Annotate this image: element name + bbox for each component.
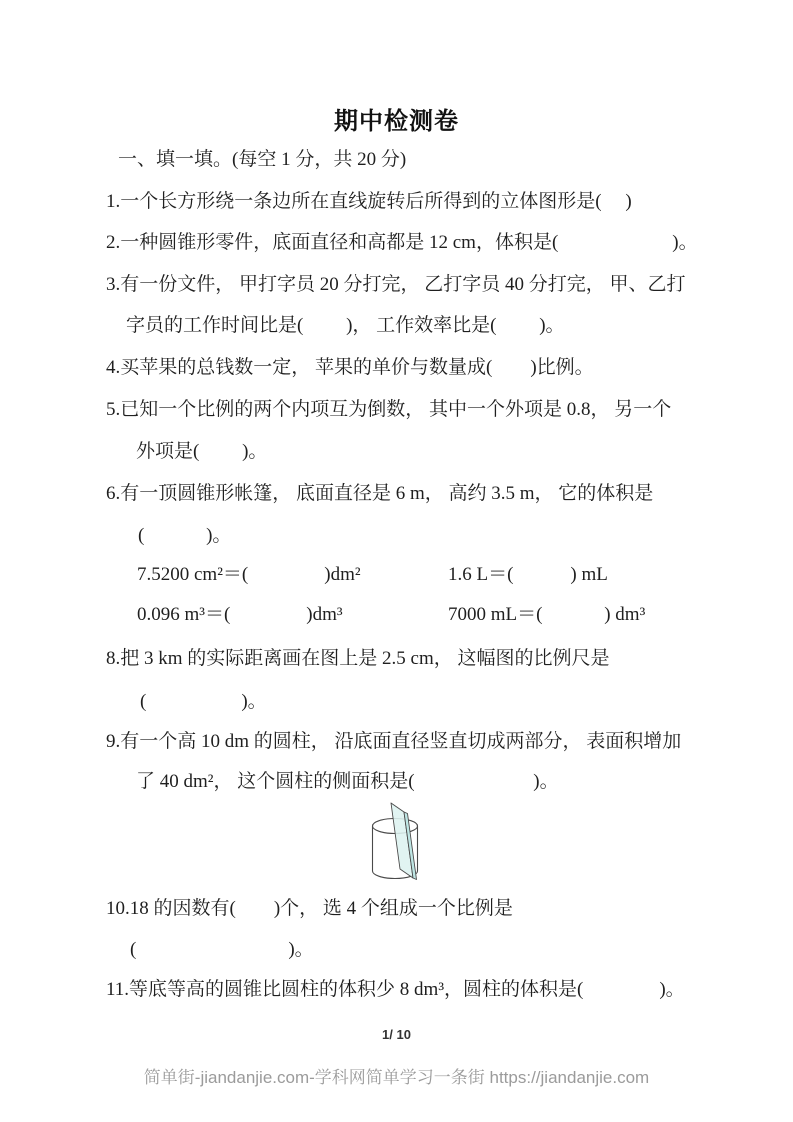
question-5-line-1: 5.已知一个比例的两个内项互为倒数， 其中一个外项是 0.8， 另一个 xyxy=(106,398,671,422)
question-7-item-4: 7000 mL＝( ) dm³ xyxy=(448,603,645,627)
question-6-line-1: 6.有一顶圆锥形帐篷， 底面直径是 6 m， 高约 3.5 m， 它的体积是 xyxy=(106,482,653,506)
question-9-line-2: 了 40 dm²， 这个圆柱的侧面积是( )。 xyxy=(136,770,559,794)
question-1: 1.一个长方形绕一条边所在直线旋转后所得到的立体图形是( ) xyxy=(106,190,632,214)
question-2: 2.一种圆锥形零件，底面直径和高都是 12 cm，体积是( )。 xyxy=(106,231,698,255)
question-5-line-2: 外项是( )。 xyxy=(136,440,267,464)
page-title: 期中检测卷 xyxy=(0,101,793,136)
question-3-line-2: 字员的工作时间比是( )， 工作效率比是( )。 xyxy=(126,314,565,338)
question-10-line-2: ( )。 xyxy=(130,938,314,962)
exam-page: 期中检测卷 一、填一填。(每空 1 分，共 20 分) 1.一个长方形绕一条边所… xyxy=(0,0,793,1122)
question-8-line-2: ( )。 xyxy=(140,690,267,714)
footer-watermark: 简单街-jiandanjie.com-学科网简单学习一条街 https://ji… xyxy=(0,1063,793,1088)
question-3-line-1: 3.有一份文件， 甲打字员 20 分打完， 乙打字员 40 分打完， 甲、乙打 xyxy=(106,273,686,297)
cylinder-cut-svg xyxy=(350,790,440,895)
section-heading: 一、填一填。(每空 1 分，共 20 分) xyxy=(118,148,406,172)
cylinder-cut-figure xyxy=(350,790,440,895)
question-10-line-1: 10.18 的因数有( )个， 选 4 个组成一个比例是 xyxy=(106,897,513,921)
question-4: 4.买苹果的总钱数一定， 苹果的单价与数量成( )比例。 xyxy=(106,356,594,380)
question-8-line-1: 8.把 3 km 的实际距离画在图上是 2.5 cm， 这幅图的比例尺是 xyxy=(106,647,610,671)
question-7-item-3: 0.096 m³＝( )dm³ xyxy=(137,603,343,627)
question-7-item-2: 1.6 L＝( ) mL xyxy=(448,563,608,587)
question-7-item-1: 7.5200 cm²＝( )dm² xyxy=(137,563,361,587)
question-11: 11.等底等高的圆锥比圆柱的体积少 8 dm³，圆柱的体积是( )。 xyxy=(106,978,685,1002)
page-number: 1/ 10 xyxy=(0,1027,793,1042)
question-6-line-2: ( )。 xyxy=(138,524,231,548)
question-9-line-1: 9.有一个高 10 dm 的圆柱， 沿底面直径竖直切成两部分， 表面积增加 xyxy=(106,730,681,754)
